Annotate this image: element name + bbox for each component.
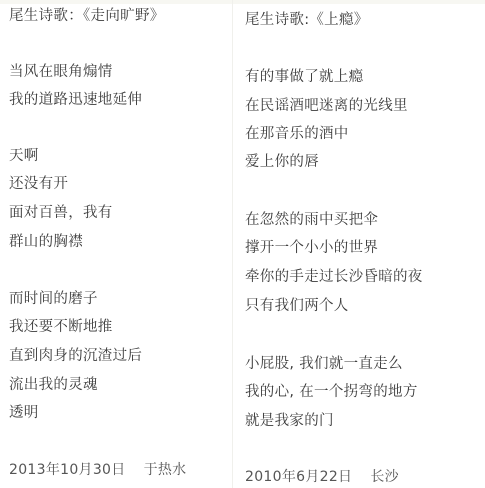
poem-line: 在忽然的雨中买把伞 (245, 211, 378, 229)
poem-line: 只有我们两个人 (245, 297, 349, 315)
poem-line: 就是我家的门 (245, 412, 334, 430)
poem-line: 直到肉身的沉渣过后 (9, 347, 142, 365)
poem-date: 2013年10月30日 (9, 462, 126, 478)
poem-title: 尾生诗歌：《走向旷野》 (9, 7, 165, 25)
poem-line: 流出我的灵魂 (9, 376, 98, 394)
poem-line: 有的事做了就上瘾 (245, 68, 363, 86)
poem-line: 透明 (9, 404, 39, 422)
poem-line: 在民谣酒吧迷离的光线里 (245, 97, 408, 115)
poem-place: 长沙 (370, 469, 399, 485)
poem-line: 还没有开 (9, 175, 68, 193)
poem-date: 2010年6月22日 (245, 469, 352, 485)
poem-line: 爱上你的唇 (245, 153, 319, 171)
poem-signature: 2010年6月22日长沙 (245, 468, 399, 486)
poem-line: 牵你的手走过长沙昏暗的夜 (245, 268, 423, 286)
poem-signature: 2013年10月30日于热水 (9, 461, 186, 479)
poem-title: 尾生诗歌:《上瘾》 (245, 11, 369, 29)
poem-panel-right: 尾生诗歌:《上瘾》 有的事做了就上瘾 在民谣酒吧迷离的光线里 在那音乐的酒中 爱… (232, 0, 485, 488)
poem-line: 撑开一个小小的世界 (245, 239, 378, 257)
poem-line: 当风在眼角煽情 (9, 63, 113, 81)
poem-line: 我的道路迅速地延伸 (9, 91, 142, 109)
poem-place: 于热水 (144, 462, 187, 478)
poem-line: 我还要不断地推 (9, 318, 113, 336)
poem-line: 我的心, 在一个拐弯的地方 (245, 383, 418, 401)
poem-line: 面对百兽，我有 (9, 204, 113, 222)
poem-line: 在那音乐的酒中 (245, 125, 349, 143)
poem-line: 而时间的磨子 (9, 290, 98, 308)
poem-line: 天啊 (9, 147, 39, 165)
poem-panel-left: 尾生诗歌：《走向旷野》 当风在眼角煽情 我的道路迅速地延伸 天啊 还没有开 面对… (0, 0, 232, 488)
poem-line: 群山的胸襟 (9, 233, 83, 251)
poem-line: 小屁股, 我们就一直走么 (245, 355, 403, 373)
